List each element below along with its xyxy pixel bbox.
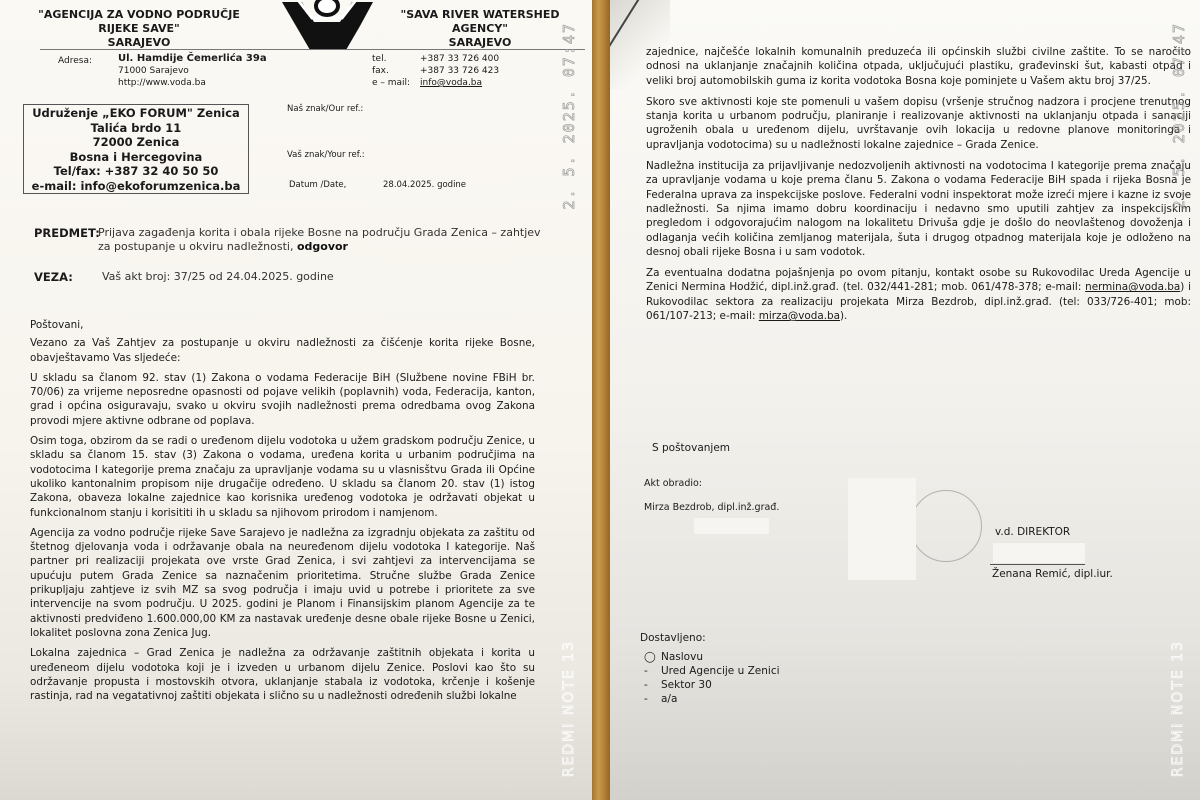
tel-value: +387 33 726 400 [420, 53, 499, 65]
our-ref-label: Naš znak/Our ref.: [287, 104, 363, 114]
subject-text: Prijava zagađenja korita i obala rijeke … [98, 226, 554, 254]
salutation: Poštovani, [30, 318, 535, 332]
email-link-mirza[interactable]: mirza@voda.ba [759, 310, 840, 322]
veza-label: VEZA: [34, 270, 73, 284]
your-ref-label: Vaš znak/Your ref.: [287, 150, 365, 160]
fax-label: fax. [372, 65, 420, 77]
official-stamp [910, 490, 982, 562]
director-title: v.d. DIREKTOR [995, 526, 1070, 538]
agency-logo-icon [280, 0, 375, 52]
distribution-list: ◯Naslovu -Ured Agencije u Zenici -Sektor… [638, 650, 780, 706]
closing-salutation: S poštovanjem [652, 442, 730, 454]
processed-by-name: Mirza Bezdrob, dipl.inž.građ. [644, 502, 779, 513]
agency-email-link[interactable]: info@voda.ba [420, 77, 482, 89]
paragraph: Osim toga, obzirom da se radi o uređenom… [30, 434, 535, 520]
recipient-address-box: Udruženje „EKO FORUM" Zenica Talića brdo… [23, 104, 249, 194]
recipient-phone: Tel/fax: +387 32 40 50 50 [24, 164, 248, 179]
photo-timestamp-watermark: 2. 5. 2025. 07:47 [1170, 22, 1188, 210]
org-city-english: SARAJEVO [390, 36, 570, 50]
address-city: 71000 Sarajevo [118, 65, 267, 77]
org-name-english: "SAVA RIVER WATERSHED AGENCY" [390, 8, 570, 36]
contact-paragraph: Za eventualna dodatna pojašnjenja po ovo… [646, 266, 1191, 323]
paragraph: Lokalna zajednica – Grad Zenica je nadle… [30, 646, 535, 703]
redacted-initials [694, 518, 769, 534]
list-item: ◯Naslovu [638, 650, 780, 664]
redacted-signature [993, 543, 1085, 563]
device-watermark: REDMI NOTE 13 [1170, 640, 1186, 777]
paragraph: U skladu sa članom 92. stav (1) Zakona o… [30, 371, 535, 428]
email-label: e – mail: [372, 77, 420, 89]
list-item: -Ured Agencije u Zenici [638, 664, 780, 678]
recipient-city: 72000 Zenica [24, 135, 248, 150]
recipient-street: Talića brdo 11 [24, 121, 248, 136]
dash-bullet-icon: - [638, 678, 661, 692]
handwritten-circle-icon: ◯ [638, 650, 661, 664]
distribution-label: Dostavljeno: [640, 632, 706, 644]
recipient-email: e-mail: info@ekoforumzenica.ba [24, 179, 248, 194]
website-link[interactable]: http://www.voda.ba [118, 77, 267, 89]
letter-body-page-2: zajednice, najčešće lokalnih komunalnih … [646, 45, 1191, 330]
fax-value: +387 33 726 423 [420, 65, 499, 77]
redacted-stamp-area [848, 478, 916, 580]
recipient-name: Udruženje „EKO FORUM" Zenica [24, 106, 248, 121]
email-link-nermina[interactable]: nermina@voda.ba [1085, 281, 1180, 293]
date-label: Datum /Date, [289, 180, 346, 190]
date-value: 28.04.2025. godine [383, 180, 466, 190]
letter-body-page-1: Poštovani, Vezano za Vaš Zahtjev za post… [30, 318, 535, 709]
recipient-country: Bosna i Hercegovina [24, 150, 248, 165]
veza-text: Vaš akt broj: 37/25 od 24.04.2025. godin… [102, 270, 334, 283]
dash-bullet-icon: - [638, 692, 661, 706]
subject-label: PREDMET: [34, 226, 100, 240]
agency-address: Ul. Hamdije Čemerlića 39a 71000 Sarajevo… [118, 53, 267, 89]
device-watermark: REDMI NOTE 13 [561, 640, 577, 777]
org-city-local: SARAJEVO [34, 36, 244, 50]
paragraph: Vezano za Vaš Zahtjev za postupanje u ok… [30, 336, 535, 365]
tel-label: tel. [372, 53, 420, 65]
letterhead-org-local: "AGENCIJA ZA VODNO PODRUČJE RIJEKE SAVE"… [34, 8, 244, 50]
agency-contact: tel.+387 33 726 400 fax.+387 33 726 423 … [372, 53, 499, 89]
paragraph: Nadležna institucija za prijavljivanje n… [646, 159, 1191, 259]
org-name-local: "AGENCIJA ZA VODNO PODRUČJE RIJEKE SAVE" [34, 8, 244, 36]
processed-by-label: Akt obradio: [644, 478, 702, 489]
list-item: -a/a [638, 692, 780, 706]
paragraph: Skoro sve aktivnosti koje ste pomenuli u… [646, 95, 1191, 152]
dash-bullet-icon: - [638, 664, 661, 678]
letter-page-1: "AGENCIJA ZA VODNO PODRUČJE RIJEKE SAVE"… [0, 0, 592, 800]
photo-timestamp-watermark: 2. 5. 2025. 07:47 [560, 22, 578, 210]
address-label: Adresa: [58, 56, 92, 66]
signature-line [990, 564, 1085, 565]
director-name: Ženana Remić, dipl.iur. [992, 568, 1113, 580]
address-street: Ul. Hamdije Čemerlića 39a [118, 53, 267, 65]
letter-page-2: zajednice, najčešće lokalnih komunalnih … [610, 0, 1200, 800]
list-item: -Sektor 30 [638, 678, 780, 692]
paragraph: zajednice, najčešće lokalnih komunalnih … [646, 45, 1191, 88]
paragraph: Agencija za vodno područje rijeke Save S… [30, 526, 535, 640]
letterhead-org-english: "SAVA RIVER WATERSHED AGENCY" SARAJEVO [390, 8, 570, 50]
letterhead-divider [40, 49, 585, 50]
